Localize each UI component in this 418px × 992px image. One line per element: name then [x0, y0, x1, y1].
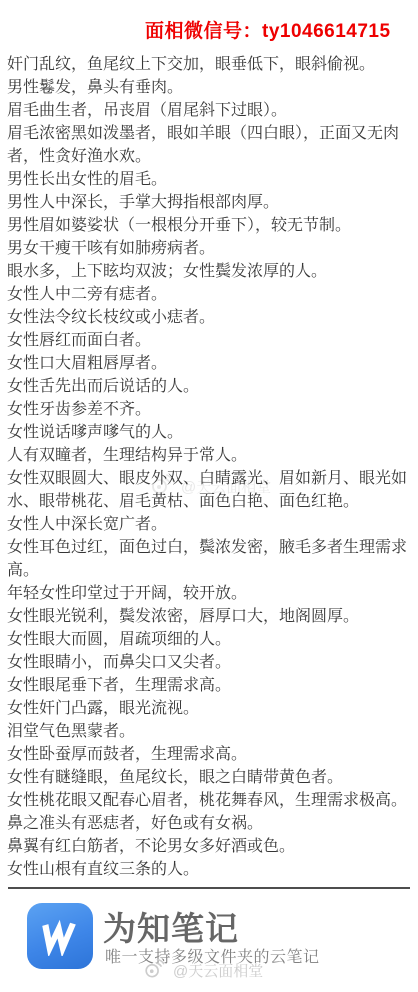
wiznote-w-icon — [38, 916, 82, 956]
face-reading-item: 男性鬈发，鼻头有垂肉。 — [7, 76, 411, 99]
face-reading-item: 女性人中深长宽广者。 — [7, 513, 411, 536]
face-reading-item: 女性眼光锐利，鬓发浓密，唇厚口大，地阁圆厚。 — [7, 605, 411, 628]
face-reading-item: 女性说话嗲声嗲气的人。 — [7, 421, 411, 444]
face-reading-item: 鼻翼有红白筋者，不论男女多好酒或色。 — [7, 835, 411, 858]
face-reading-item: 男性长出女性的眉毛。 — [7, 168, 411, 191]
weibo-handle: @天云面相堂 — [173, 960, 263, 981]
face-reading-item: 男性人中深长，手掌大拇指根部肉厚。 — [7, 191, 411, 214]
face-reading-item: 女性桃花眼又配春心眉者，桃花舞春风，生理需求极高。 — [7, 789, 411, 812]
face-reading-item: 女性眼大而圆，眉疏项细的人。 — [7, 628, 411, 651]
face-reading-item: 女性耳色过红，面色过白，鬓浓发密，腋毛多者生理需求高。 — [7, 536, 411, 582]
face-reading-item: 男性眉如婆娑状（一根根分开垂下），较无节制。 — [7, 214, 411, 237]
face-reading-item: 年轻女性印堂过于开阔，较开放。 — [7, 582, 411, 605]
face-reading-item: 女性口大眉粗唇厚者。 — [7, 352, 411, 375]
face-reading-item: 女性眼睛小，而鼻尖口又尖者。 — [7, 651, 411, 674]
wechat-contact-banner: 面相微信号：ty1046614715 — [145, 16, 391, 43]
face-reading-item: 女性山根有直纹三条的人。 — [7, 858, 411, 881]
face-reading-item: 女性舌先出而后说话的人。 — [7, 375, 411, 398]
wiznote-brand-name: 为知笔记 — [103, 903, 239, 950]
face-reading-item: 女性牙齿参差不齐。 — [7, 398, 411, 421]
weibo-watermark: @天云面相堂 — [143, 957, 263, 983]
face-reading-item: 奸门乱纹，鱼尾纹上下交加，眼垂低下，眼斜偷视。 — [7, 53, 411, 76]
face-reading-item: 女性法令纹长枝纹或小痣者。 — [7, 306, 411, 329]
face-reading-item: 女性奸门凸露，眼光流视。 — [7, 697, 411, 720]
face-reading-item: 人有双瞳者，生理结构异于常人。 — [7, 444, 411, 467]
face-reading-item: 眉毛曲生者，吊丧眉（眉尾斜下过眼）。 — [7, 99, 411, 122]
face-reading-item: 鼻之准头有恶痣者，好色或有女祸。 — [7, 812, 411, 835]
face-reading-item: 女性人中二旁有痣者。 — [7, 283, 411, 306]
weibo-icon — [143, 957, 167, 983]
face-reading-item: 女性眼尾垂下者，生理需求高。 — [7, 674, 411, 697]
face-reading-list: 奸门乱纹，鱼尾纹上下交加，眼垂低下，眼斜偷视。男性鬈发，鼻头有垂肉。眉毛曲生者，… — [7, 53, 411, 881]
face-reading-item: 女性有瞇缝眼，鱼尾纹长，眼之白睛带黄色者。 — [7, 766, 411, 789]
face-reading-item: 眉毛浓密黑如泼墨者，眼如羊眼（四白眼），正面又无肉者，性贪好渔水欢。 — [7, 122, 411, 168]
wiznote-logo — [27, 903, 93, 969]
shared-note-image: 面相微信号：ty1046614715 奸门乱纹，鱼尾纹上下交加，眼垂低下，眼斜偷… — [0, 0, 418, 992]
face-reading-item: 女性双眼圆大、眼皮外双、白睛露光、眉如新月、眼光如水、眼带桃花、眉毛黄枯、面色白… — [7, 467, 411, 513]
face-reading-item: 泪堂气色黑蒙者。 — [7, 720, 411, 743]
face-reading-item: 女性卧蚕厚而鼓者，生理需求高。 — [7, 743, 411, 766]
face-reading-item: 眼水多，上下眩均双波；女性鬓发浓厚的人。 — [7, 260, 411, 283]
face-reading-item: 男女干瘦干咳有如肺痨病者。 — [7, 237, 411, 260]
face-reading-item: 女性唇红而面白者。 — [7, 329, 411, 352]
footer-divider — [8, 887, 410, 889]
